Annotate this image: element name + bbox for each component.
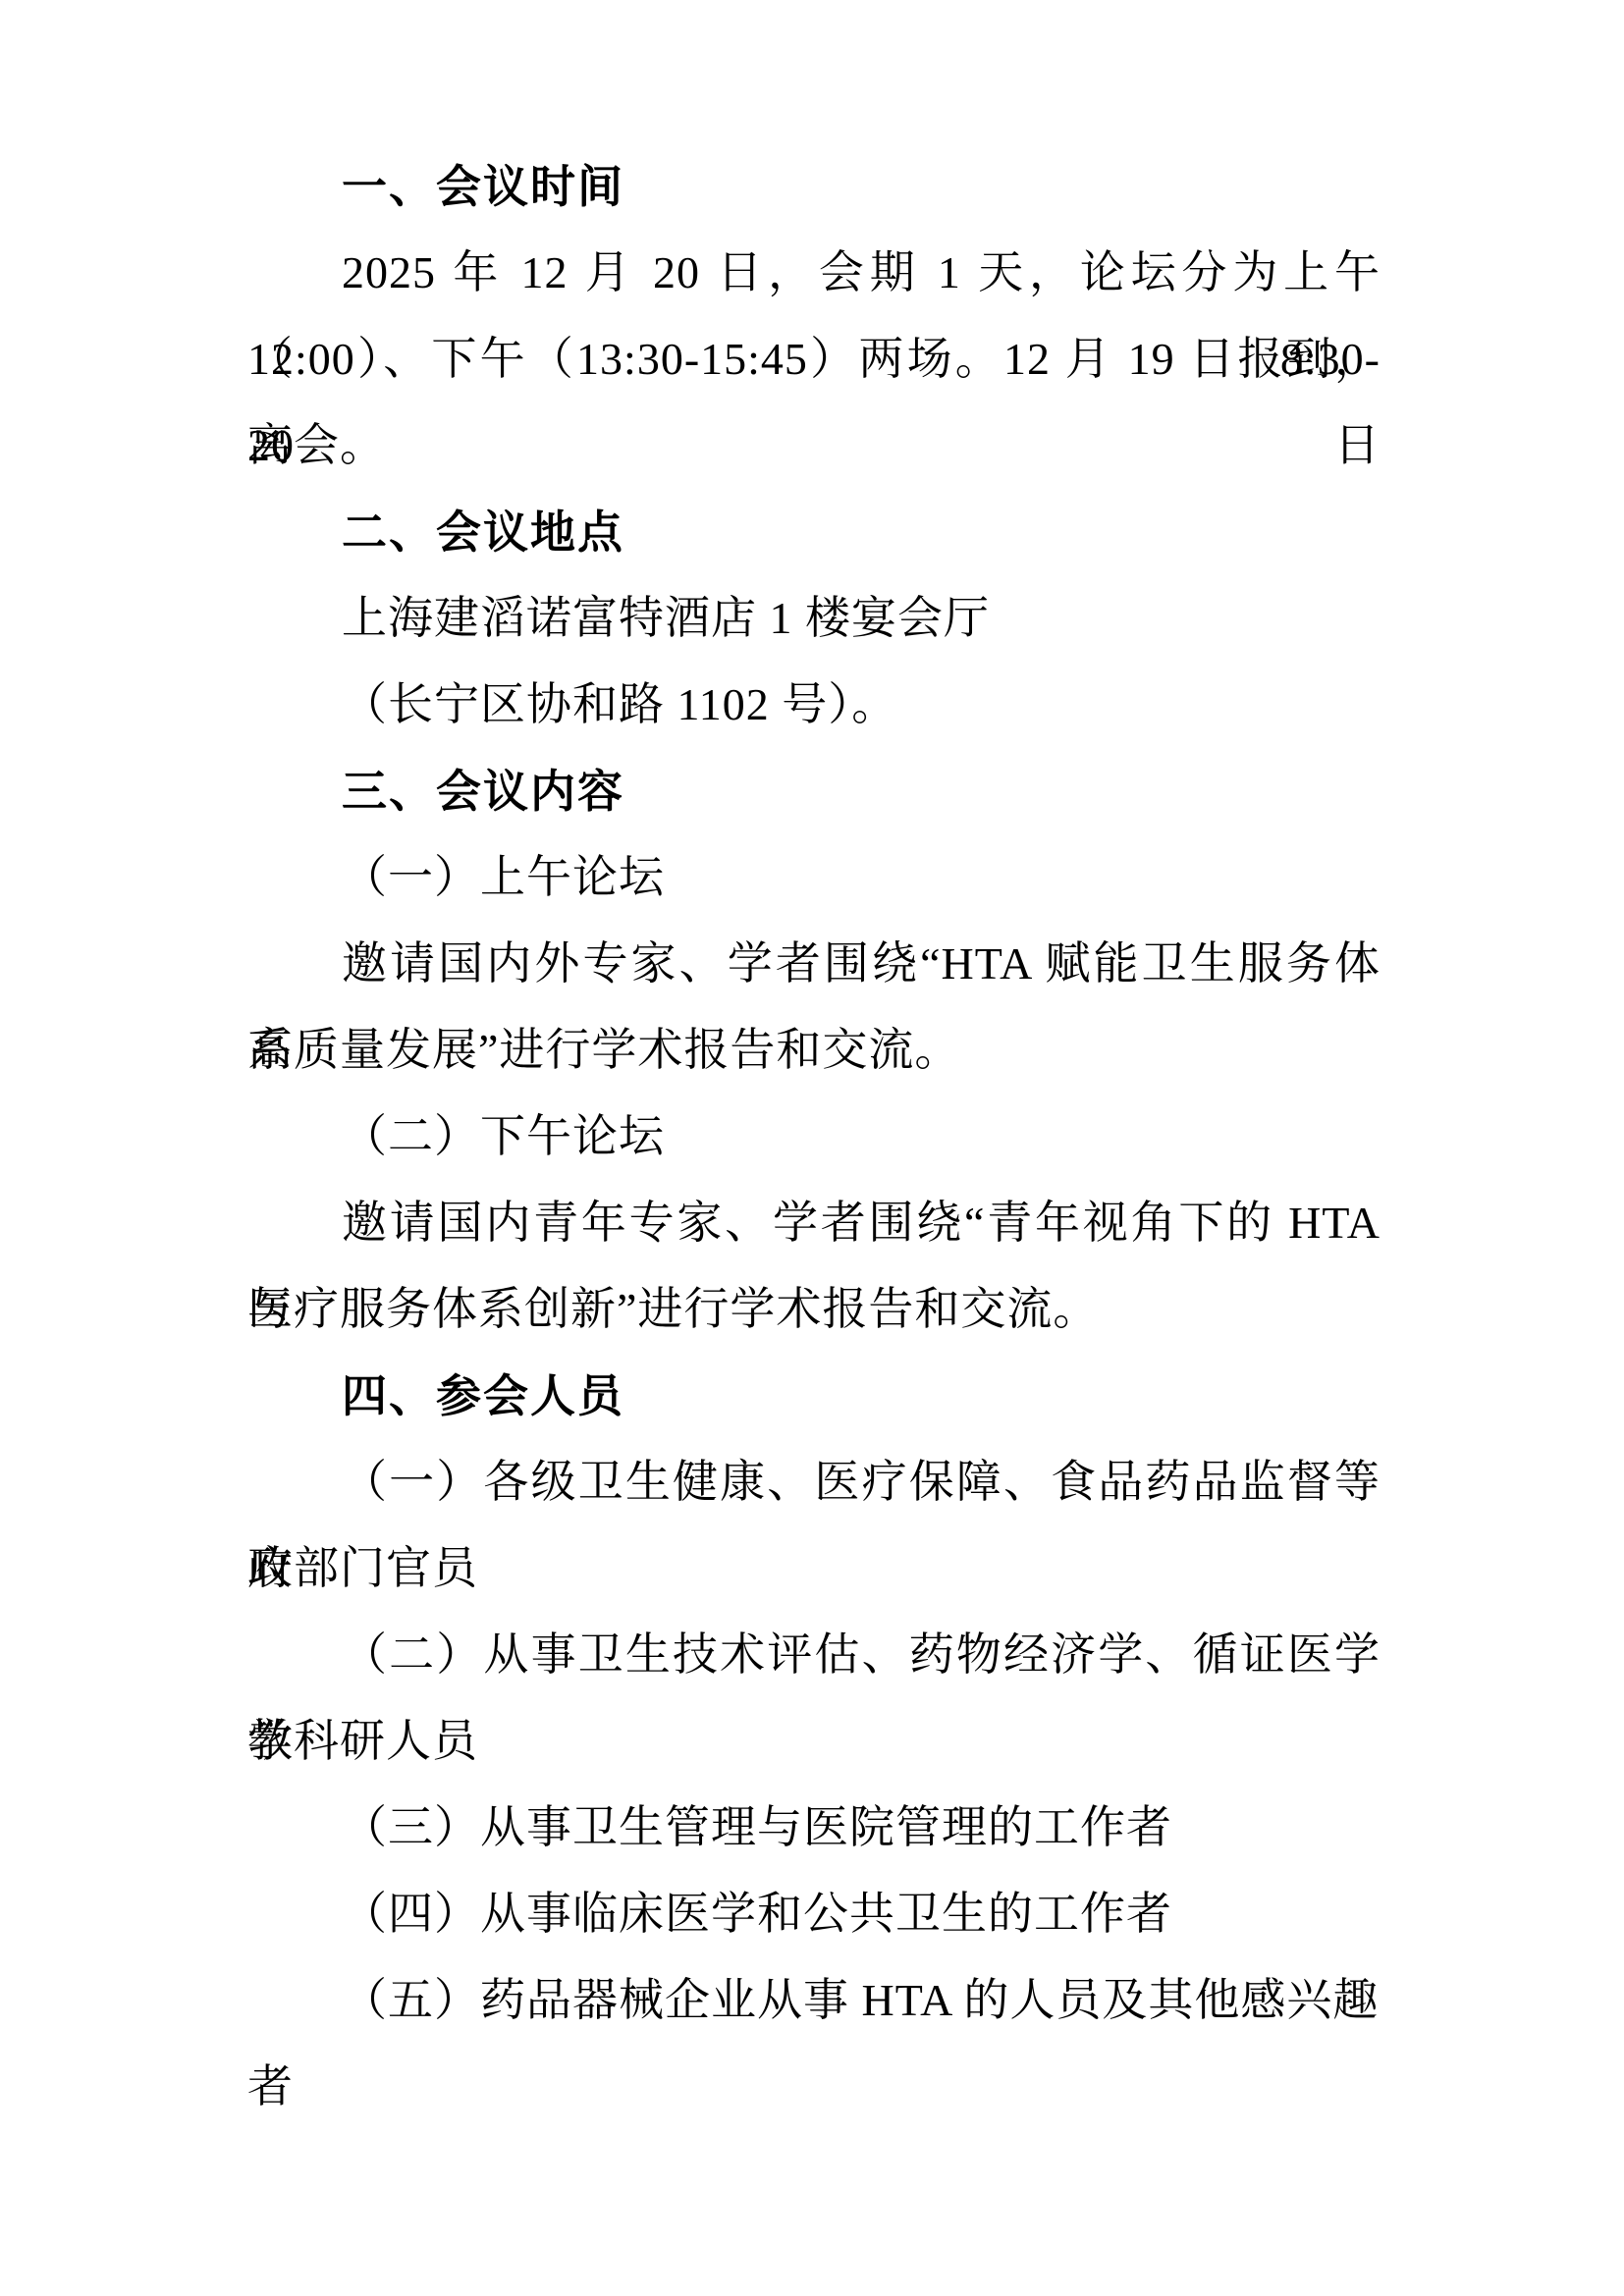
text-line: 上海建滔诺富特酒店 1 楼宴会厅 [247,575,1380,662]
document-page: 一、会议时间2025 年 12 月 20 日，会期 1 天，论坛分为上午（8:3… [0,0,1624,2296]
text-line: 学科研人员 [247,1698,1380,1785]
text-line: 邀请国内青年专家、学者围绕“青年视角下的 HTA 与 [247,1180,1380,1266]
text-line: 12:00）、下午（13:30-15:45）两场。12 月 19 日报到，20 … [247,316,1380,402]
text-line: （二）下午论坛 [247,1094,1380,1180]
section-heading: 三、会议内容 [247,748,1380,834]
text-line: 府部门官员 [247,1525,1380,1612]
text-line: （四）从事临床医学和公共卫生的工作者 [247,1871,1380,1957]
text-line: （三）从事卫生管理与医院管理的工作者 [247,1785,1380,1871]
text-line: 邀请国内外专家、学者围绕“HTA 赋能卫生服务体系 [247,921,1380,1007]
text-line: （一）各级卫生健康、医疗保障、食品药品监督等政 [247,1439,1380,1525]
text-line: （五）药品器械企业从事 HTA 的人员及其他感兴趣者 [247,1957,1380,2044]
document-body: 一、会议时间2025 年 12 月 20 日，会期 1 天，论坛分为上午（8:3… [247,143,1380,2044]
text-line: 高质量发展”进行学术报告和交流。 [247,1007,1380,1094]
section-heading: 四、参会人员 [247,1353,1380,1439]
text-line: （长宁区协和路 1102 号）。 [247,662,1380,748]
text-line: （二）从事卫生技术评估、药物经济学、循证医学教 [247,1612,1380,1698]
text-line: 医疗服务体系创新”进行学术报告和交流。 [247,1266,1380,1353]
section-heading: 二、会议地点 [247,489,1380,575]
text-line: 2025 年 12 月 20 日，会期 1 天，论坛分为上午（8:30- [247,230,1380,316]
text-line: （一）上午论坛 [247,834,1380,921]
section-heading: 一、会议时间 [247,143,1380,230]
